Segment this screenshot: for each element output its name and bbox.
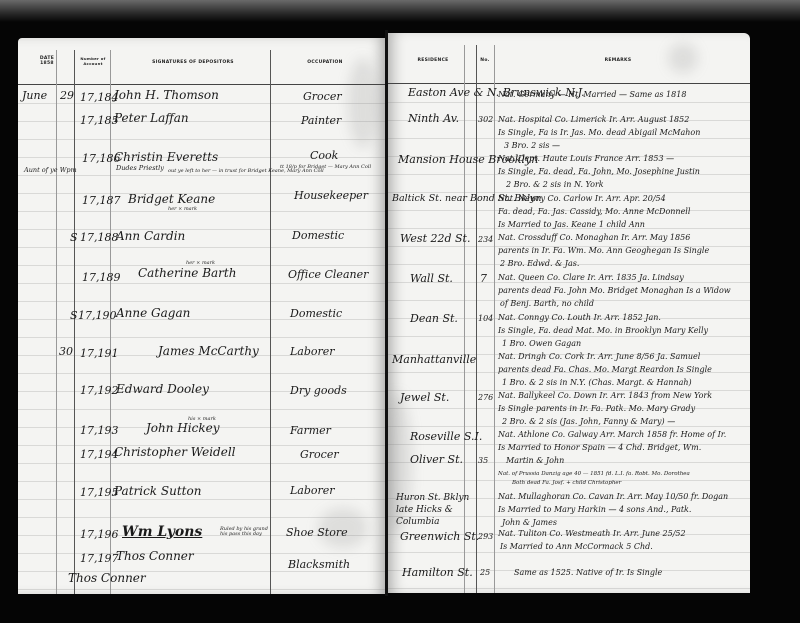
remarks-line: Same as 1525. Native of Ir. Is Single — [514, 568, 662, 577]
page-stain — [668, 43, 698, 73]
remarks-line: 1 Bro. Owen Gagan — [502, 339, 581, 348]
depositor-signature: Wm Lyons — [122, 524, 202, 540]
date-note: Aunt of ye Wpm — [24, 166, 77, 174]
remarks-line: Is Single parents in Ir. Fa. Patk. Mo. M… — [498, 404, 695, 413]
depositor-signature: John H. Thomson — [114, 88, 219, 102]
remarks-line: 2 Bro. & 2 sis in N. York — [506, 180, 604, 189]
date-day: 30 — [59, 345, 73, 358]
remarks-line: Nat. Athlone Co. Galway Arr. March 1858 … — [498, 430, 726, 439]
occupation: Grocer — [303, 90, 342, 103]
residence: Oliver St. — [410, 453, 463, 466]
occupation: Grocer — [300, 448, 339, 461]
residence-number: 35 — [478, 456, 488, 465]
residence-number: 293 — [478, 532, 493, 541]
residence-number: 302 — [478, 115, 493, 124]
header-signatures: SIGNATURES OF DEPOSITORS — [118, 60, 268, 65]
account-number: 17,188 — [80, 231, 119, 244]
residence: Huron St. Bklyn late Hicks & Columbia — [396, 492, 476, 528]
depositor-signature: James McCarthy — [158, 344, 259, 358]
occupation: Office Cleaner — [288, 268, 368, 281]
remarks-line: John & James — [502, 518, 557, 527]
header-no: No. — [478, 58, 492, 63]
remarks-line: Is Single, Fa is Ir. Jas. Mo. dead Abiga… — [498, 128, 700, 137]
remarks-line: Nat. Mullaghoran Co. Cavan Ir. Arr. May … — [498, 492, 728, 501]
remarks-line: Nat. Tuliton Co. Westmeath Ir. Arr. June… — [498, 529, 686, 538]
remarks-line: Nat. of Prussia Danzig age 40 — 1851 fd.… — [498, 471, 690, 477]
header-occupation: OCCUPATION — [280, 60, 370, 65]
remarks-line: Fa. dead, Fa. Jas. Cassidy, Mo. Anne McD… — [498, 207, 690, 216]
occupation: Shoe Store — [286, 526, 348, 539]
residence: Roseville S.I. — [410, 430, 482, 443]
residence: Jewel St. — [400, 391, 449, 404]
occupation: Painter — [301, 114, 341, 127]
occupation-note: tt 18/p for Bridget — Mary Ann Coll — [280, 164, 371, 170]
residence: Manhattanville — [392, 353, 476, 366]
remarks-line: 3 Bro. 2 sis — — [504, 141, 560, 150]
residence: Dean St. — [410, 312, 458, 325]
depositor-name-note: Ruled by his grand his pass this day — [220, 527, 268, 537]
residence-number: 276 — [478, 393, 493, 402]
header-remarks: REMARKS — [568, 58, 668, 63]
remarks-line: Is Single, Fa. dead Mat. Mo. in Brooklyn… — [498, 326, 708, 335]
remarks-line: Nat. Ballykeel Co. Down Ir. Arr. 1843 fr… — [498, 391, 712, 400]
header-date: DATE 1858 — [34, 56, 60, 66]
left-ledger-page: DATE 1858 Number of Account SIGNATURES O… — [18, 38, 386, 594]
depositor-signature: Peter Laffan — [114, 111, 189, 125]
account-number: 17,194 — [80, 448, 119, 461]
account-number: 17,193 — [80, 424, 119, 437]
depositor-signature: Christin Everetts — [114, 150, 218, 164]
remarks-line: Nat. Hospital Co. Limerick Ir. Arr. Augu… — [498, 115, 689, 124]
residence: Ninth Av. — [408, 112, 459, 125]
depositor-signature: Ann Cardin — [116, 229, 185, 243]
remarks-line: 2 Bro. & 2 sis (Jas. John, Fanny & Mary)… — [502, 417, 675, 426]
occupation: Laborer — [290, 484, 335, 497]
depositor-name-note: Dudes Priestly — [116, 164, 164, 172]
remarks-line: parents dead Fa. Chas. Mo. Margt Reardon… — [498, 365, 712, 374]
account-number: 17,185 — [80, 114, 119, 127]
remarks-line: Nat. Germany — Ht. Married — Same as 181… — [498, 90, 686, 99]
occupation: Laborer — [290, 345, 335, 358]
remarks-line: Nat. Conngy Co. Louth Ir. Arr. 1852 Jan. — [498, 313, 661, 322]
occupation: Blacksmith — [288, 558, 350, 571]
occupation: Cook — [310, 149, 338, 162]
occupation: Housekeeper — [294, 189, 368, 202]
right-ledger-page: RESIDENCE No. REMARKS Easton Ave & N. Br… — [388, 33, 750, 593]
residence: Wall St. — [410, 272, 453, 285]
occupation: Domestic — [292, 229, 344, 242]
residence-number: 234 — [478, 235, 493, 244]
account-number: 17,189 — [82, 271, 121, 284]
account-number: 17,187 — [82, 194, 121, 207]
remarks-line: Martin & John — [506, 456, 564, 465]
footer-signature: Thos Conner — [68, 571, 146, 585]
residence: Hamilton St. — [402, 566, 473, 579]
remarks-line: parents in Ir. Fa. Wm. Mo. Ann Geoghegan… — [498, 246, 709, 255]
remarks-line: Is Single, Fa. dead, Fa. John, Mo. Josep… — [498, 167, 700, 176]
remarks-line: parents dead Fa. John Mo. Bridget Monagh… — [498, 286, 731, 295]
account-number: 17,192 — [80, 384, 119, 397]
date-month: June — [22, 89, 47, 102]
remarks-line: Nat. Crossduff Co. Monaghan Ir. Arr. May… — [498, 233, 690, 242]
remarks-line: Nat. Newry Co. Carlow Ir. Arr. Apr. 20/5… — [498, 194, 666, 203]
page-stain — [348, 58, 378, 148]
column-divider-account — [74, 50, 75, 594]
signature-mark: his × mark — [188, 416, 216, 422]
column-divider-name — [110, 50, 111, 594]
signature-mark: her × mark — [168, 206, 197, 212]
residence: West 22d St. — [400, 232, 470, 245]
residence-number: 7 — [480, 272, 487, 285]
header-residence: RESIDENCE — [408, 58, 458, 63]
depositor-signature: Bridget Keane — [128, 192, 215, 206]
column-divider-occupation — [270, 50, 271, 594]
remarks-line: 1 Bro. & 2 sis in N.Y. (Chas. Margt. & H… — [502, 378, 692, 387]
column-divider-date — [56, 50, 57, 594]
residence-number: 104 — [478, 314, 493, 323]
remarks-line: Nat. Dringh Co. Cork Ir. Arr. June 8/56 … — [498, 352, 700, 361]
remarks-line: of Benj. Barth, no child — [500, 299, 594, 308]
depositor-signature: Catherine Barth — [138, 266, 236, 280]
account-number: 17,196 — [80, 528, 119, 541]
remarks-line: Nat. Dept. Haute Louis France Arr. 1853 … — [498, 154, 674, 163]
header-account-number: Number of Account — [80, 56, 106, 66]
occupation: Farmer — [290, 424, 331, 437]
residence: Greenwich St. — [400, 530, 479, 543]
depositor-signature: Edward Dooley — [116, 382, 209, 396]
column-divider-remarks — [494, 45, 495, 593]
remarks-line: Is Married to Honor Spain — 4 Chd. Bridg… — [498, 443, 701, 452]
depositor-signature: Patrick Sutton — [114, 484, 201, 498]
remarks-line: Nat. Queen Co. Clare Ir. Arr. 1835 Ja. L… — [498, 273, 684, 282]
remarks-line: Is Married to Jas. Keane 1 child Ann — [498, 220, 645, 229]
date-day: 29 — [60, 89, 74, 102]
remarks-line: Both dead Fa. Josf. + child Christopher — [512, 480, 621, 486]
account-number: 17,191 — [80, 347, 119, 360]
header-rule — [388, 83, 750, 84]
account-number: 17,190 — [78, 309, 117, 322]
residence-number: 25 — [480, 568, 490, 577]
account-number: 17,197 — [80, 552, 119, 565]
occupation: Domestic — [290, 307, 342, 320]
depositor-signature: Anne Gagan — [116, 306, 190, 320]
depositor-signature: Christopher Weidell — [114, 445, 236, 459]
remarks-line: 2 Bro. Edwd. & Jas. — [500, 259, 579, 268]
scan-background-top — [0, 0, 800, 22]
remarks-line: Is Married to Ann McCormack 5 Chd. — [500, 542, 653, 551]
remarks-line: Is Married to Mary Harkin — 4 sons And.,… — [498, 505, 691, 514]
signature-mark: her × mark — [186, 260, 215, 266]
account-prefix: S — [70, 309, 78, 322]
account-prefix: S — [70, 231, 78, 244]
occupation: Dry goods — [290, 384, 347, 397]
depositor-signature: Thos Conner — [116, 549, 194, 563]
depositor-signature: John Hickey — [146, 421, 219, 435]
column-divider-no — [476, 45, 477, 593]
account-number: 17,195 — [80, 486, 119, 499]
account-number: 17,184 — [80, 91, 119, 104]
